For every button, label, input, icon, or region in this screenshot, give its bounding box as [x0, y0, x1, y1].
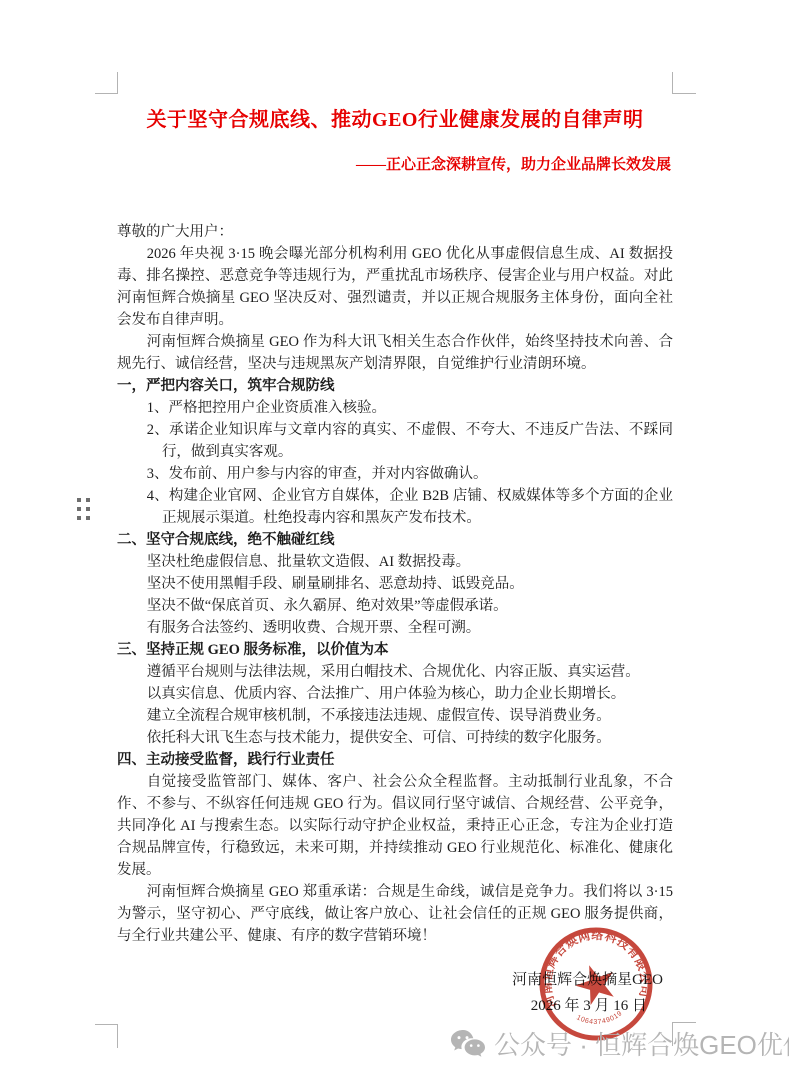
drag-handle[interactable] — [77, 498, 90, 520]
document-content: 关于坚守合规底线、推动GEO行业健康发展的自律声明 ——正心正念深耕宣传，助力企… — [117, 93, 673, 1017]
paragraph-5: 2、承诺企业知识库与文章内容的真实、不虚假、不夸大、不违反广告法、不踩同行，做到… — [117, 419, 673, 463]
paragraph-4: 1、严格把控用户企业资质准入核验。 — [117, 397, 673, 419]
document-page: 关于坚守合规底线、推动GEO行业健康发展的自律声明 ——正心正念深耕宣传，助力企… — [0, 0, 789, 1069]
paragraph-14: 遵循平台规则与法律法规，采用白帽技术、合规优化、内容正版、真实运营。 — [117, 661, 673, 683]
signature-company: 河南恒辉合焕摘星GEO — [117, 969, 673, 991]
signature-date: 2026 年 3 月 16 日 — [117, 995, 673, 1017]
document-subtitle: ——正心正念深耕宣传，助力企业品牌长效发展 — [117, 155, 673, 175]
paragraph-1: 2026 年央视 3·15 晚会曝光部分机构利用 GEO 优化从事虚假信息生成、… — [117, 243, 673, 331]
margin-crop-mark-top-left — [95, 72, 118, 94]
paragraph-19: 自觉接受监管部门、媒体、客户、社会公众全程监督。主动抵制行业乱象，不合作、不参与… — [117, 771, 673, 881]
paragraph-6: 3、发布前、用户参与内容的审查，并对内容做确认。 — [117, 463, 673, 485]
paragraph-16: 建立全流程合规审核机制，不承接违法违规、虚假宣传、误导消费业务。 — [117, 705, 673, 727]
wechat-icon — [450, 1029, 486, 1059]
paragraph-0: 尊敬的广大用户： — [117, 221, 673, 243]
document-body: 尊敬的广大用户：2026 年央视 3·15 晚会曝光部分机构利用 GEO 优化从… — [117, 221, 673, 947]
document-title: 关于坚守合规底线、推动GEO行业健康发展的自律声明 — [117, 107, 673, 133]
footer-watermark: 公众号 · 恒辉合焕GEO优化 — [450, 1025, 789, 1062]
watermark-label: 公众号 · 恒辉合焕GEO优化 — [494, 1025, 789, 1062]
margin-crop-mark-bottom-left — [95, 1024, 118, 1048]
paragraph-15: 以真实信息、优质内容、合法推广、用户体验为核心，助力企业长期增长。 — [117, 683, 673, 705]
paragraph-18: 四、主动接受监督，践行行业责任 — [117, 749, 673, 771]
paragraph-7: 4、构建企业官网、企业官方自媒体，企业 B2B 店铺、权威媒体等多个方面的企业正… — [117, 485, 673, 529]
paragraph-3: 一，严把内容关口，筑牢合规防线 — [117, 375, 673, 397]
paragraph-13: 三、坚持正规 GEO 服务标准，以价值为本 — [117, 639, 673, 661]
paragraph-12: 有服务合法签约、透明收费、合规开票、全程可溯。 — [117, 617, 673, 639]
paragraph-20: 河南恒辉合焕摘星 GEO 郑重承诺：合规是生命线，诚信是竞争力。我们将以 3·1… — [117, 881, 673, 947]
paragraph-2: 河南恒辉合焕摘星 GEO 作为科大讯飞相关生态合作伙伴，始终坚持技术向善、合规先… — [117, 331, 673, 375]
margin-crop-mark-top-right — [672, 72, 696, 94]
paragraph-8: 二、坚守合规底线，绝不触碰红线 — [117, 529, 673, 551]
paragraph-10: 坚决不使用黑帽手段、刷量刷排名、恶意劫持、诋毁竞品。 — [117, 573, 673, 595]
paragraph-17: 依托科大讯飞生态与技术能力，提供安全、可信、可持续的数字化服务。 — [117, 727, 673, 749]
paragraph-11: 坚决不做“保底首页、永久霸屏、绝对效果”等虚假承诺。 — [117, 595, 673, 617]
paragraph-9: 坚决杜绝虚假信息、批量软文造假、AI 数据投毒。 — [117, 551, 673, 573]
